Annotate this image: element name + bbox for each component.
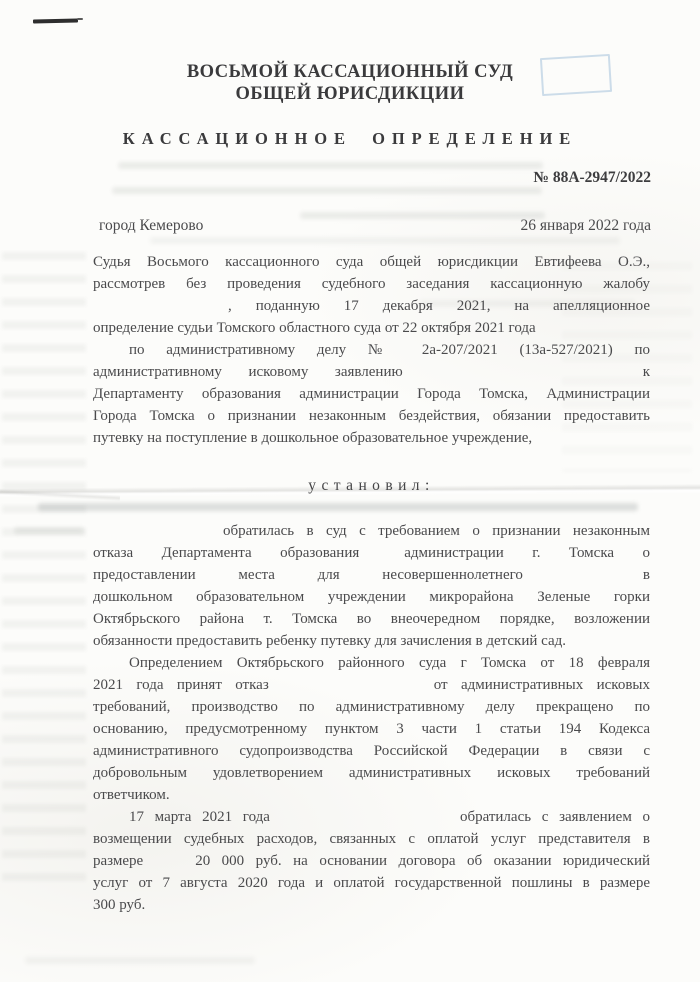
ruling-heading: установил: <box>93 475 650 497</box>
text-line: размере20 000 руб. на основании договора… <box>93 850 650 872</box>
findings-paragraphs: обратилась в суд с требованием о признан… <box>93 520 650 916</box>
text-line: рассмотрев без проведения судебного засе… <box>93 273 650 295</box>
paragraph: Определением Октябрьского районного суда… <box>93 652 650 806</box>
bleed-through-artifact <box>25 957 255 964</box>
bleed-through-artifact <box>118 162 543 169</box>
case-number: № 88А-2947/2022 <box>533 169 651 187</box>
text-line: дошкольном образовательном учреждении ми… <box>93 586 650 608</box>
issuing-city: город Кемерово <box>99 217 203 235</box>
court-name: ВОСЬМОЙ КАССАЦИОННЫЙ СУД ОБЩЕЙ ЮРИСДИКЦИ… <box>0 61 700 105</box>
text-line: возмещении судебных расходов, связанных … <box>93 828 650 850</box>
issue-date: 26 января 2022 года <box>521 217 651 235</box>
redacted-gap <box>93 666 129 667</box>
text-line: предоставлении места для несовершеннолет… <box>93 564 650 586</box>
paragraph: по административному делу № 2а-207/2021 … <box>93 339 650 449</box>
text-line: требований, производство по администрати… <box>93 696 650 718</box>
text-line: основанию, предусмотренному пунктом 3 ча… <box>93 718 650 740</box>
paragraph: обратилась в суд с требованием о признан… <box>93 520 650 652</box>
redacted-gap <box>93 309 228 310</box>
redacted-gap <box>523 578 643 579</box>
text-line: 2021 года принят отказот административны… <box>93 674 650 696</box>
text-line: административному исковому заявлениюк <box>93 361 650 383</box>
city-date-row: город Кемерово 26 января 2022 года <box>99 217 651 235</box>
paragraph: Судья Восьмого кассационного суда общей … <box>93 251 650 339</box>
scan-mark-artifact <box>77 18 83 20</box>
text-line: обратилась в суд с требованием о признан… <box>93 520 650 542</box>
text-line: добровольным удовлетворением администрат… <box>93 762 650 784</box>
court-name-line1: ВОСЬМОЙ КАССАЦИОННЫЙ СУД <box>0 61 700 83</box>
scan-mark-artifact <box>33 19 78 24</box>
bleed-through-artifact <box>112 187 542 194</box>
redacted-gap <box>93 534 223 535</box>
redacted-gap <box>359 556 404 557</box>
document-body: Судья Восьмого кассационного суда общей … <box>93 251 650 916</box>
text-line: Октябрьского района т. Томска во внеочер… <box>93 608 650 630</box>
scanned-court-document-page: ВОСЬМОЙ КАССАЦИОННЫЙ СУД ОБЩЕЙ ЮРИСДИКЦИ… <box>0 0 700 982</box>
text-line: отказа Департамента образованияадминистр… <box>93 542 650 564</box>
bleed-through-artifact <box>150 237 620 244</box>
redacted-gap <box>269 688 434 689</box>
redacted-gap <box>403 375 643 376</box>
text-line: 17 марта 2021 годаобратилась с заявление… <box>93 806 650 828</box>
document-title: КАССАЦИОННОЕ ОПРЕДЕЛЕНИЕ <box>0 129 700 149</box>
paragraph: 17 марта 2021 годаобратилась с заявление… <box>93 806 650 916</box>
text-line: Департаменту образования администрации Г… <box>93 383 650 405</box>
preamble-paragraphs: Судья Восьмого кассационного суда общей … <box>93 251 650 449</box>
text-line: обязанности предоставить ребенку путевку… <box>93 630 650 652</box>
text-line: Определением Октябрьского районного суда… <box>93 652 650 674</box>
text-line: ответчиком. <box>93 784 650 806</box>
text-line: 300 руб. <box>93 894 650 916</box>
text-line: административного судопроизводства Росси… <box>93 740 650 762</box>
redacted-gap <box>143 864 195 865</box>
bleed-through-artifact <box>14 527 84 534</box>
text-line: Города Томска о признании незаконным без… <box>93 405 650 427</box>
redacted-gap <box>270 820 460 821</box>
bleed-through-artifact <box>2 252 86 892</box>
text-line: определение судьи Томского областного су… <box>93 317 650 339</box>
text-line: по административному делу № 2а-207/2021 … <box>93 339 650 361</box>
text-line: путевку на поступление в дошкольное обра… <box>93 427 650 449</box>
text-line: услуг от 7 августа 2020 года и оплатой г… <box>93 872 650 894</box>
text-line: , поданную 17 декабря 2021, на апелляцио… <box>93 295 650 317</box>
redacted-gap <box>93 820 129 821</box>
redacted-gap <box>93 353 129 354</box>
court-name-line2: ОБЩЕЙ ЮРИСДИКЦИИ <box>0 83 700 105</box>
text-line: Судья Восьмого кассационного суда общей … <box>93 251 650 273</box>
